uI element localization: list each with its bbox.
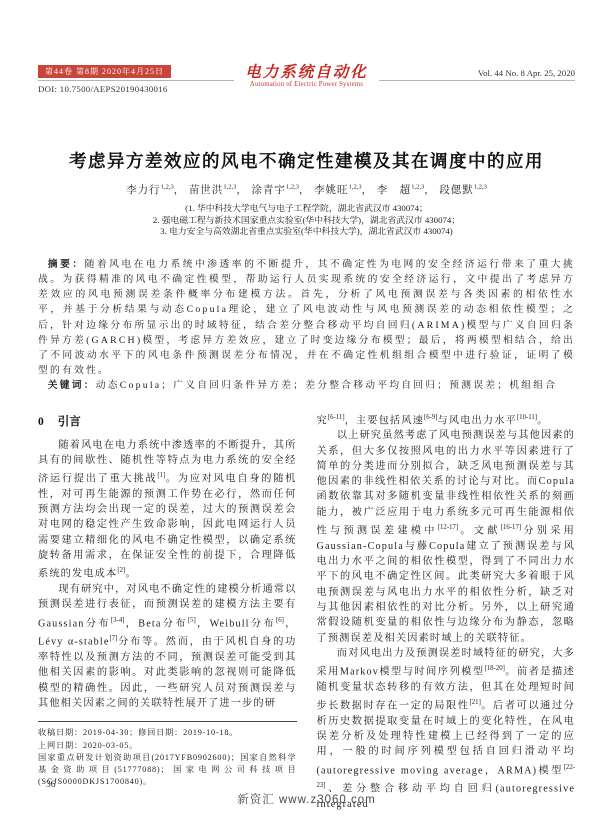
affiliation-line: 3. 电力安全与高效湖北省重点实验室(华中科技大学)，湖北省武汉市 430074… [0,226,613,238]
watermark-text: 新资汇 www.z3060.com [0,791,613,807]
author-separator: ， [299,185,311,196]
abstract-block: 摘要：随着风电在电力系统中渗透率的不断提升，其不确定性为电网的安全经济运行带来了… [38,257,575,394]
footnote-funding: 国家重点研发计划资助项目(2017YFB0902600)；国家自然科学基金资助项… [38,752,297,789]
author: 李姚旺1,2,3 [314,185,362,196]
footnote-block: 收稿日期：2019-04-30；修回日期：2019-10-18。 上网日期：20… [38,721,297,788]
author: 李 超1,2,3 [377,185,425,196]
section-number: 0 [38,416,44,428]
abstract-text: 随着风电在电力系统中渗透率的不断提升，其不确定性为电网的安全经济运行带来了重大挑… [38,259,575,376]
section-title: 引言 [58,416,81,428]
abstract-label: 摘要： [48,259,85,270]
affiliation-line: (1. 华中科技大学电气与电子工程学院，湖北省武汉市 430074； [0,203,613,215]
journal-logo-cn: 电力系统自动化 [0,60,613,82]
paragraph: 随着风电在电力系统中渗透率的不断提升，其所具有的间歇性、随机性等特点为电力系统的… [38,438,297,582]
affiliations: (1. 华中科技大学电气与电子工程学院，湖北省武汉市 430074； 2. 强电… [0,203,613,238]
author-separator: ， [236,185,248,196]
author-separator: ， [362,185,374,196]
paragraph: 以上研究虽然考虑了风电预测误差与其他因素的关系，但大多仅按照风电的出力水平等因素… [317,428,576,646]
journal-name-en: Automation of Electric Power Systems [0,81,613,88]
footnote-received-dates: 收稿日期：2019-04-30；修回日期：2019-10-18。 [38,727,297,739]
paragraph: 而对风电出力及预测误差时域特征的研究，大多采用Markov模型与时间序列模型[1… [317,646,576,813]
keywords-paragraph: 关键词：动态Copula；广义自回归条件异方差；差分整合移动平均自回归；预测误差… [38,378,575,393]
keywords-label: 关键词： [48,380,96,391]
footnote-online-date: 上网日期：2020-03-05。 [38,740,297,752]
journal-page: 第44卷 第8期 2020年4月25日 DOI: 10.7500/AEPS201… [0,0,613,825]
paragraph: 现有研究中，对风电不确定性的建模分析通常以预测误差进行表征，而预测误差的建模方法… [38,582,297,711]
page-number: 36 [46,780,56,790]
keywords-text: 动态Copula；广义自回归条件异方差；差分整合移动平均自回归；预测误差；机组组… [96,380,557,391]
left-column: 0引言 随着风电在电力系统中渗透率的不断提升，其所具有的间歇性、随机性等特点为电… [38,410,297,813]
author: 涂青宇1,2,3 [251,185,299,196]
right-column: 究[6-11]，主要包括风速[6-9]与风电出力水平[10-11]。 以上研究虽… [317,410,576,813]
author: 段偲默1,2,3 [439,185,487,196]
abstract-paragraph: 摘要：随着风电在电力系统中渗透率的不断提升，其不确定性为电网的安全经济运行带来了… [38,257,575,379]
author-separator: ， [174,185,186,196]
section-heading-introduction: 0引言 [38,413,297,429]
paper-title: 考虑异方差效应的风电不确定性建模及其在调度中的应用 [60,148,553,173]
author-separator: ， [424,185,436,196]
author: 苗世洪1,2,3 [189,185,237,196]
body-columns: 0引言 随着风电在电力系统中渗透率的不断提升，其所具有的间歇性、随机性等特点为电… [38,410,575,813]
author: 李力行1,2,3 [126,185,174,196]
affiliation-line: 2. 强电磁工程与新技术国家重点实验室(华中科技大学)，湖北省武汉市 43007… [0,215,613,227]
paragraph-continuation: 究[6-11]，主要包括风速[6-9]与风电出力水平[10-11]。 [317,410,576,429]
authors-line: 李力行1,2,3， 苗世洪1,2,3， 涂青宇1,2,3， 李姚旺1,2,3， … [0,182,613,197]
